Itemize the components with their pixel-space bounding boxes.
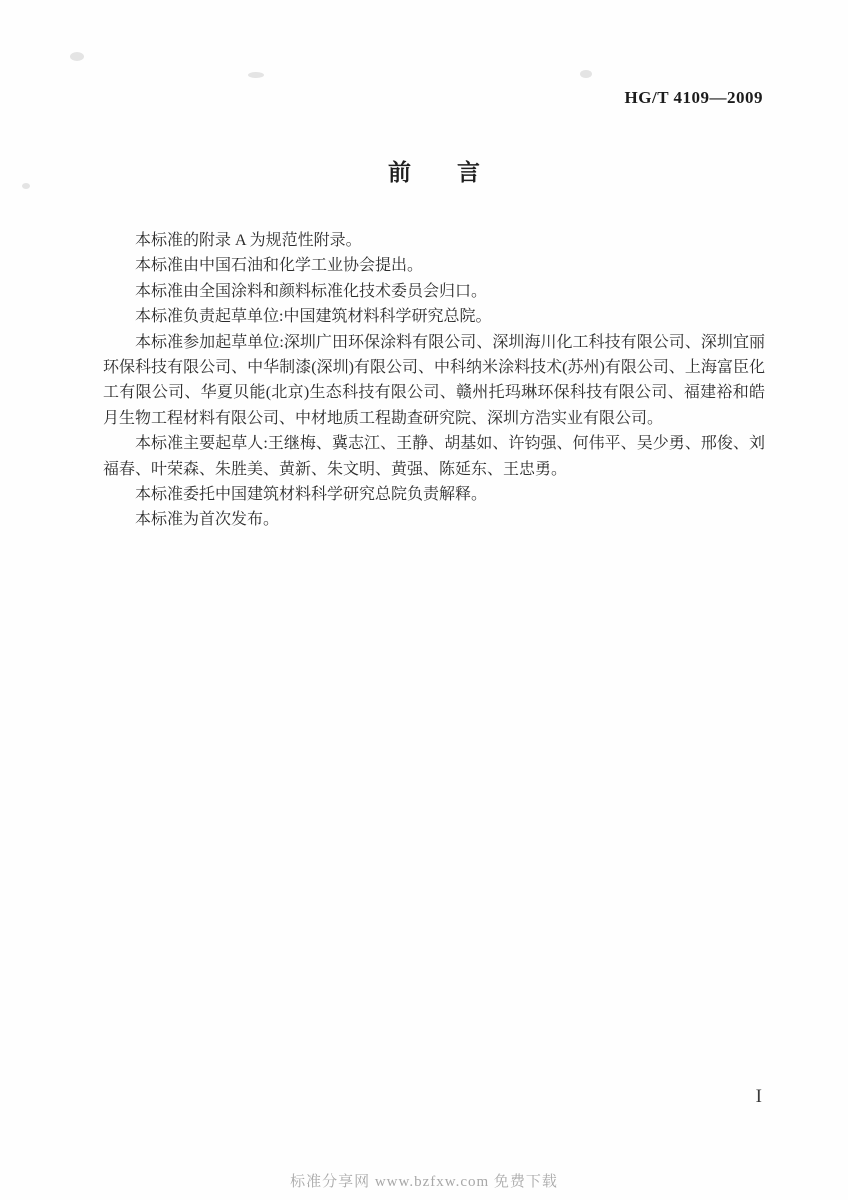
- standard-code: HG/T 4109—2009: [625, 88, 763, 108]
- paragraph-appendix-note: 本标准的附录 A 为规范性附录。: [103, 228, 765, 253]
- watermark-footer: 标准分享网 www.bzfxw.com 免费下载: [0, 1170, 848, 1191]
- paragraph-first-issue: 本标准为首次发布。: [103, 507, 765, 532]
- scan-speckle: [70, 52, 84, 61]
- page-number: I: [756, 1086, 762, 1108]
- scan-speckle: [580, 70, 592, 78]
- paragraph-interpretation: 本标准委托中国建筑材料科学研究总院负责解释。: [103, 482, 765, 507]
- paragraph-chief-drafting-org: 本标准负责起草单位:中国建筑材料科学研究总院。: [103, 304, 765, 329]
- paragraph-main-drafters: 本标准主要起草人:王继梅、冀志江、王静、胡基如、许钧强、何伟平、吴少勇、邢俊、刘…: [103, 431, 765, 482]
- paragraph-proposed-by: 本标准由中国石油和化学工业协会提出。: [103, 253, 765, 278]
- document-page: HG/T 4109—2009 前 言 本标准的附录 A 为规范性附录。 本标准由…: [0, 0, 848, 1200]
- paragraph-centralized-by: 本标准由全国涂料和颜料标准化技术委员会归口。: [103, 279, 765, 304]
- paragraph-participating-orgs: 本标准参加起草单位:深圳广田环保涂料有限公司、深圳海川化工科技有限公司、深圳宜丽…: [103, 330, 765, 432]
- page-title: 前 言: [103, 161, 765, 184]
- foreword-body: 本标准的附录 A 为规范性附录。 本标准由中国石油和化学工业协会提出。 本标准由…: [103, 228, 765, 533]
- scan-speckle: [248, 72, 264, 78]
- scan-speckle: [22, 183, 30, 189]
